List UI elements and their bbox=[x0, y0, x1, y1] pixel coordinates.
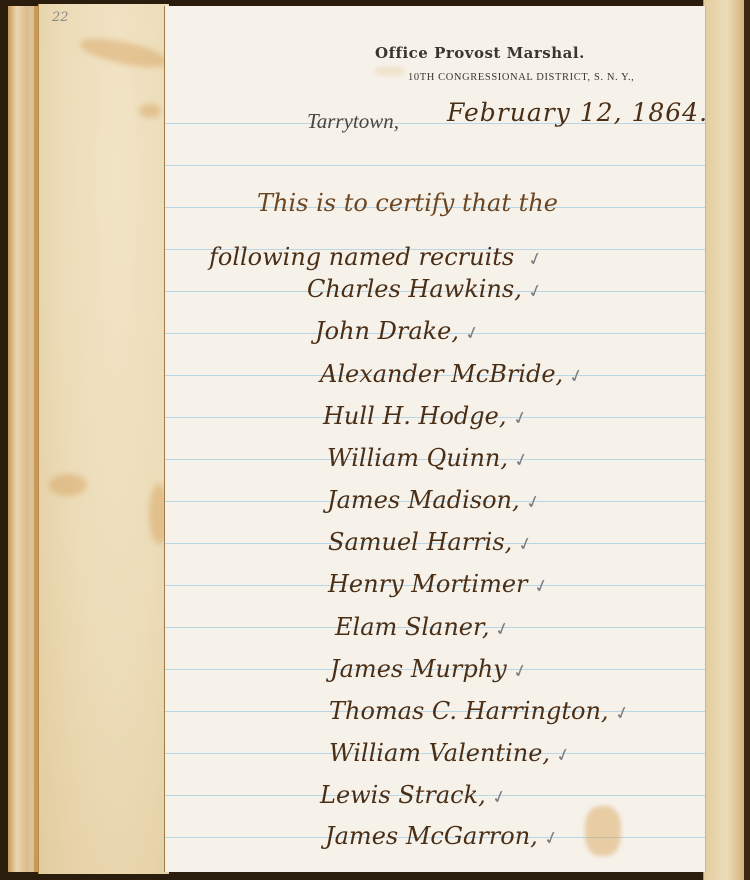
check-mark-icon: ✓ bbox=[512, 448, 532, 472]
recruit-entry: Charles Hawkins, ✓ bbox=[307, 275, 543, 303]
check-mark-icon: ✓ bbox=[510, 659, 530, 683]
recruit-name: Alexander McBride, bbox=[320, 360, 563, 388]
ledger-book: 22 Office Provost Marshal. 10TH CONGRESS… bbox=[0, 0, 750, 880]
recruit-name: Charles Hawkins, bbox=[307, 275, 522, 303]
recruit-name: Thomas C. Harrington, bbox=[329, 697, 609, 725]
page-number: 22 bbox=[52, 10, 69, 25]
recruit-name: William Quinn, bbox=[327, 444, 508, 472]
recruit-name: Elam Slaner, bbox=[335, 613, 489, 641]
recruit-list: Charles Hawkins, ✓ John Drake, ✓ Alexand… bbox=[165, 6, 705, 872]
check-mark-icon: ✓ bbox=[516, 532, 536, 556]
certificate-sheet: Office Provost Marshal. 10TH CONGRESSION… bbox=[165, 6, 705, 872]
recruit-name: Samuel Harris, bbox=[328, 528, 512, 556]
check-mark-icon: ✓ bbox=[567, 364, 587, 388]
book-edge-shadow bbox=[744, 0, 750, 880]
recruit-name: James McGarron, bbox=[325, 822, 538, 850]
recruit-entry: James Murphy ✓ bbox=[330, 655, 528, 683]
recruit-name: Lewis Strack, bbox=[320, 781, 486, 809]
recruit-entry: James McGarron, ✓ bbox=[325, 822, 559, 850]
water-stain bbox=[139, 104, 161, 118]
recruit-entry: James Madison, ✓ bbox=[327, 486, 541, 514]
recruit-entry: John Drake, ✓ bbox=[315, 317, 480, 345]
check-mark-icon: ✓ bbox=[510, 406, 530, 430]
recruit-name: Hull H. Hodge, bbox=[323, 402, 507, 430]
right-ledger-page-edge bbox=[703, 0, 750, 880]
recruit-entry: Henry Mortimer ✓ bbox=[328, 570, 549, 598]
check-mark-icon: ✓ bbox=[493, 617, 513, 641]
recruit-entry: Thomas C. Harrington, ✓ bbox=[329, 697, 630, 725]
check-mark-icon: ✓ bbox=[489, 785, 509, 809]
check-mark-icon: ✓ bbox=[525, 279, 545, 303]
check-mark-icon: ✓ bbox=[541, 826, 561, 850]
recruit-entry: William Valentine, ✓ bbox=[329, 739, 571, 767]
recruit-name: Henry Mortimer bbox=[328, 570, 528, 598]
recruit-entry: Elam Slaner, ✓ bbox=[335, 613, 511, 641]
recruit-name: John Drake, bbox=[315, 317, 459, 345]
check-mark-icon: ✓ bbox=[612, 701, 632, 725]
left-ledger-page bbox=[38, 4, 169, 874]
recruit-entry: Lewis Strack, ✓ bbox=[320, 781, 507, 809]
recruit-entry: Alexander McBride, ✓ bbox=[320, 360, 584, 388]
check-mark-icon: ✓ bbox=[554, 743, 574, 767]
recruit-name: William Valentine, bbox=[329, 739, 550, 767]
check-mark-icon: ✓ bbox=[463, 321, 483, 345]
recruit-name: James Madison, bbox=[327, 486, 520, 514]
check-mark-icon: ✓ bbox=[523, 490, 543, 514]
water-stain bbox=[49, 474, 87, 496]
recruit-name: James Murphy bbox=[330, 655, 507, 683]
recruit-entry: William Quinn, ✓ bbox=[327, 444, 529, 472]
check-mark-icon: ✓ bbox=[531, 574, 551, 598]
recruit-entry: Hull H. Hodge, ✓ bbox=[323, 402, 528, 430]
water-stain bbox=[78, 33, 171, 73]
recruit-entry: Samuel Harris, ✓ bbox=[328, 528, 533, 556]
